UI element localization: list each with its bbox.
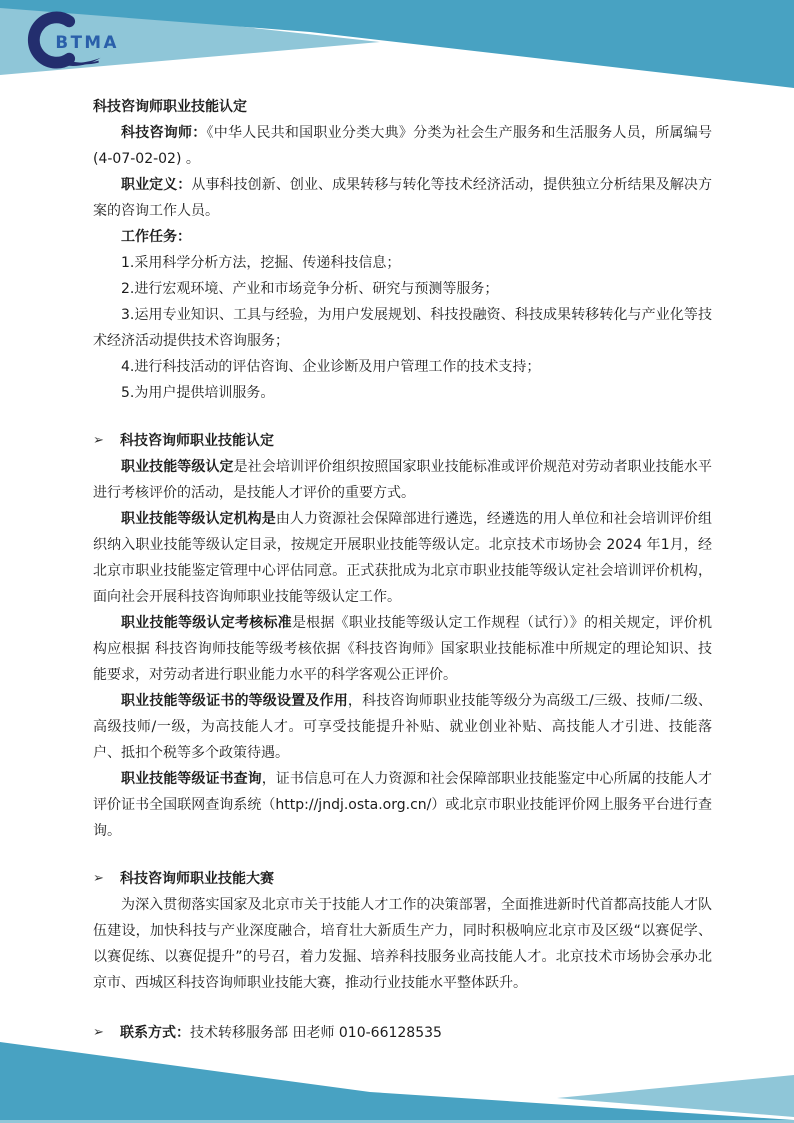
intro-paragraph: 工作任务： <box>93 224 712 250</box>
footer-teal-band <box>0 1042 794 1123</box>
section-heading-text: 科技咨询师职业技能认定 <box>120 428 274 454</box>
task-item: 3.运用专业知识、工具与经验，为用户发展规划、科技投融资、科技成果转移转化与产业… <box>93 302 712 354</box>
paragraph: 为深入贯彻落实国家及北京市关于技能人才工作的决策部署，全面推进新时代首都高技能人… <box>93 892 712 996</box>
paragraph-lead: 科技咨询师： <box>121 125 206 141</box>
paragraph: 职业技能等级证书查询，证书信息可在人力资源和社会保障部职业技能鉴定中心所属的技能… <box>93 766 712 844</box>
paragraph-lead: 职业技能等级证书的等级设置及作用 <box>121 693 348 709</box>
paragraph: 职业技能等级证书的等级设置及作用，科技咨询师职业技能等级分为高级工/三级、技师/… <box>93 688 712 766</box>
document-page: BTMA 科技咨询师职业技能认定 科技咨询师：《中华人民共和国职业分类大典》分类… <box>0 0 794 1123</box>
paragraph-lead: 职业技能等级认定考核标准 <box>121 615 292 631</box>
section-heading-competition: ➢ 科技咨询师职业技能大赛 <box>93 866 712 892</box>
task-item: 1.采用科学分析方法，挖掘、传递科技信息； <box>93 250 712 276</box>
intro-paragraph: 科技咨询师：《中华人民共和国职业分类大典》分类为社会生产服务和生活服务人员，所属… <box>93 120 712 172</box>
task-item: 4.进行科技活动的评估咨询、企业诊断及用户管理工作的技术支持； <box>93 354 712 380</box>
arrow-bullet-icon: ➢ <box>93 1020 120 1046</box>
footer-banner <box>0 1038 794 1123</box>
paragraph-lead: 职业技能等级认定机构是 <box>121 511 276 527</box>
section-heading-certification: ➢ 科技咨询师职业技能认定 <box>93 428 712 454</box>
paragraph-lead: 职业技能等级认定 <box>121 459 234 475</box>
paragraph-lead: 工作任务： <box>121 229 191 245</box>
task-item: 5.为用户提供培训服务。 <box>93 380 712 406</box>
contact-text: 技术转移服务部 田老师 010-66128535 <box>190 1025 442 1041</box>
section-heading-text: 科技咨询师职业技能大赛 <box>120 866 274 892</box>
intro-paragraph: 职业定义：从事科技创新、创业、成果转移与转化等技术经济活动，提供独立分析结果及解… <box>93 172 712 224</box>
paragraph: 职业技能等级认定考核标准是根据《职业技能等级认定工作规程（试行）》的相关规定，评… <box>93 610 712 688</box>
paragraph: 职业技能等级认定是社会培训评价组织按照国家职业技能标准或评价规范对劳动者职业技能… <box>93 454 712 506</box>
arrow-bullet-icon: ➢ <box>93 428 120 454</box>
contact-line: ➢ 联系方式：技术转移服务部 田老师 010-66128535 <box>93 1020 712 1046</box>
doc-title: 科技咨询师职业技能认定 <box>93 94 712 120</box>
paragraph-lead: 职业技能等级证书查询 <box>121 771 262 787</box>
paragraph-lead: 职业定义： <box>121 177 191 193</box>
document-body: 科技咨询师职业技能认定 科技咨询师：《中华人民共和国职业分类大典》分类为社会生产… <box>93 0 712 1046</box>
contact-label: 联系方式： <box>120 1025 190 1041</box>
paragraph: 职业技能等级认定机构是由人力资源社会保障部进行遴选，经遴选的用人单位和社会培训评… <box>93 506 712 610</box>
contact-content: 联系方式：技术转移服务部 田老师 010-66128535 <box>120 1020 442 1046</box>
task-list: 1.采用科学分析方法，挖掘、传递科技信息； 2.进行宏观环境、产业和市场竞争分析… <box>93 250 712 406</box>
paragraph-text: 为深入贯彻落实国家及北京市关于技能人才工作的决策部署，全面推进新时代首都高技能人… <box>93 897 712 991</box>
arrow-bullet-icon: ➢ <box>93 866 120 892</box>
task-item: 2.进行宏观环境、产业和市场竞争分析、研究与预测等服务； <box>93 276 712 302</box>
